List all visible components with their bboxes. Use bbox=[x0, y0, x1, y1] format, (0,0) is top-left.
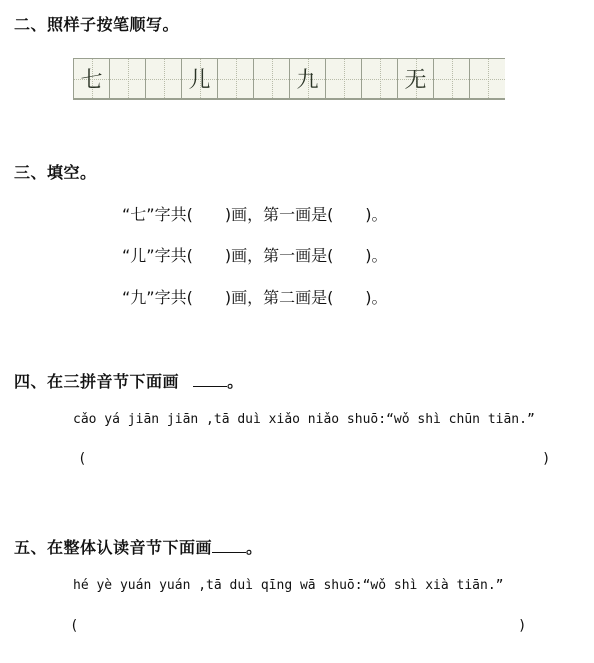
section5-heading: 五、在整体认读音节下面画。 bbox=[14, 535, 263, 558]
grid-cell[interactable] bbox=[433, 59, 469, 98]
grid-cell[interactable]: 无 bbox=[397, 59, 433, 98]
example-character: 七 bbox=[74, 63, 109, 94]
grid-cell[interactable] bbox=[361, 59, 397, 98]
section3-heading: 三、填空。 bbox=[14, 160, 97, 183]
answer-close-paren: ) bbox=[518, 618, 526, 634]
fill-blank-line-1[interactable]: “七”字共( )画，第一画是( )。 bbox=[122, 202, 388, 225]
grid-cell[interactable]: 九 bbox=[289, 59, 325, 98]
section5-heading-text: 五、在整体认读音节下面画 bbox=[14, 538, 212, 557]
answer-close-paren: ) bbox=[542, 451, 550, 467]
underline-sample bbox=[212, 538, 246, 553]
example-character: 无 bbox=[398, 63, 433, 94]
grid-cell[interactable] bbox=[469, 59, 505, 98]
fill-blank-line-3[interactable]: “九”字共( )画，第二画是( )。 bbox=[122, 285, 388, 308]
section2-heading: 二、照样子按笔顺写。 bbox=[14, 12, 179, 35]
grid-cell[interactable] bbox=[109, 59, 145, 98]
section4-heading-end: 。 bbox=[227, 372, 244, 391]
answer-open-paren: ( bbox=[70, 618, 78, 634]
grid-cell[interactable] bbox=[217, 59, 253, 98]
pinyin-sentence: hé yè yuán yuán ,tā duì qīng wā shuō:“wǒ… bbox=[73, 578, 503, 593]
grid-cell[interactable]: 七 bbox=[73, 59, 109, 98]
answer-open-paren: ( bbox=[78, 451, 86, 467]
grid-cell[interactable] bbox=[325, 59, 361, 98]
fill-blank-line-2[interactable]: “儿”字共( )画，第一画是( )。 bbox=[122, 243, 388, 266]
answer-area[interactable] bbox=[90, 450, 538, 470]
section5-heading-end: 。 bbox=[246, 538, 263, 557]
section4-heading-text: 四、在三拼音节下面画 bbox=[14, 372, 179, 391]
grid-cell[interactable] bbox=[145, 59, 181, 98]
answer-area[interactable] bbox=[82, 617, 514, 637]
pinyin-sentence: cǎo yá jiān jiān ,tā duì xiǎo niǎo shuō:… bbox=[73, 412, 535, 427]
example-character: 九 bbox=[290, 63, 325, 94]
grid-cell[interactable] bbox=[253, 59, 289, 98]
writing-grid: 七 儿 九 无 bbox=[73, 58, 505, 100]
underline-sample bbox=[193, 372, 227, 387]
grid-cell[interactable]: 儿 bbox=[181, 59, 217, 98]
section4-heading: 四、在三拼音节下面画 。 bbox=[14, 369, 244, 392]
example-character: 儿 bbox=[182, 63, 217, 94]
